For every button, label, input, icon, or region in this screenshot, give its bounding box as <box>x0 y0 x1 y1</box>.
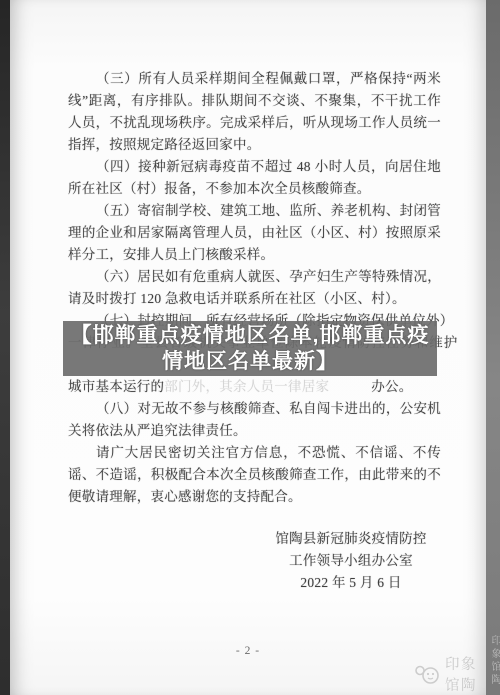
brand-watermark: 印象馆陶 <box>414 653 486 695</box>
signature-org-line-1: 馆陶县新冠肺炎疫情防控 <box>261 528 441 550</box>
overlay-title-line-2: 情地区名单最新】 <box>63 349 437 375</box>
paragraph-9: 请广大居民密切关注官方信息，不恐慌、不信谣、不传谣、不造谣，积极配合本次全员核酸… <box>68 442 441 508</box>
watermark-brand-text: 印象馆陶 <box>445 653 486 695</box>
left-edge-strip <box>0 0 10 695</box>
impression-guantao-logo-icon <box>414 663 441 685</box>
paragraph-7-line-4: 城市基本运行的部门外，其余人员一律居家办公。 <box>68 376 441 398</box>
screenshot-root: （三）所有人员采样期间全程佩戴口罩，严格保持“两米线”距离，有序排队。排队期间不… <box>0 0 500 695</box>
right-edge-strip: 印象馆陶 <box>486 0 500 695</box>
signature-org-line-2: 工作领导小组办公室 <box>261 550 441 572</box>
paragraph-3: （三）所有人员采样期间全程佩戴口罩，严格保持“两米线”距离，有序排队。排队期间不… <box>68 68 441 156</box>
signature-block: 馆陶县新冠肺炎疫情防控 工作领导小组办公室 2022 年 5 月 6 日 <box>261 528 441 594</box>
paragraph-6: （六）居民如有危重病人就医、孕产妇生产等特殊情况，请及时拨打 120 急救电话并… <box>68 266 441 310</box>
paragraph-7-ghost-text: 部门外，其余人员一律居家 <box>164 379 329 394</box>
paragraph-7-line-4-end: 办公。 <box>371 379 412 394</box>
overlay-title-banner: 【邯郸重点疫情地区名单,邯郸重点疫 情地区名单最新】 <box>63 321 437 376</box>
paragraph-7-line-4-start: 城市基本运行的 <box>68 379 164 394</box>
edge-watermark-text: 印象馆陶 <box>487 635 500 687</box>
overlay-title-line-1: 【邯郸重点疫情地区名单,邯郸重点疫 <box>63 323 437 349</box>
paragraph-4: （四）接种新冠病毒疫苗不超过 48 小时人员，向居住地所在社区（村）报备，不参加… <box>68 156 441 200</box>
paragraph-5: （五）寄宿制学校、建筑工地、监所、养老机构、封闭管理的企业和居家隔离管理人员，由… <box>68 200 441 266</box>
paragraph-8: （八）对无故不参与核酸筛查、私自闯卡进出的，公安机关将依法从严追究法律责任。 <box>68 398 441 442</box>
signature-date: 2022 年 5 月 6 日 <box>261 572 441 594</box>
